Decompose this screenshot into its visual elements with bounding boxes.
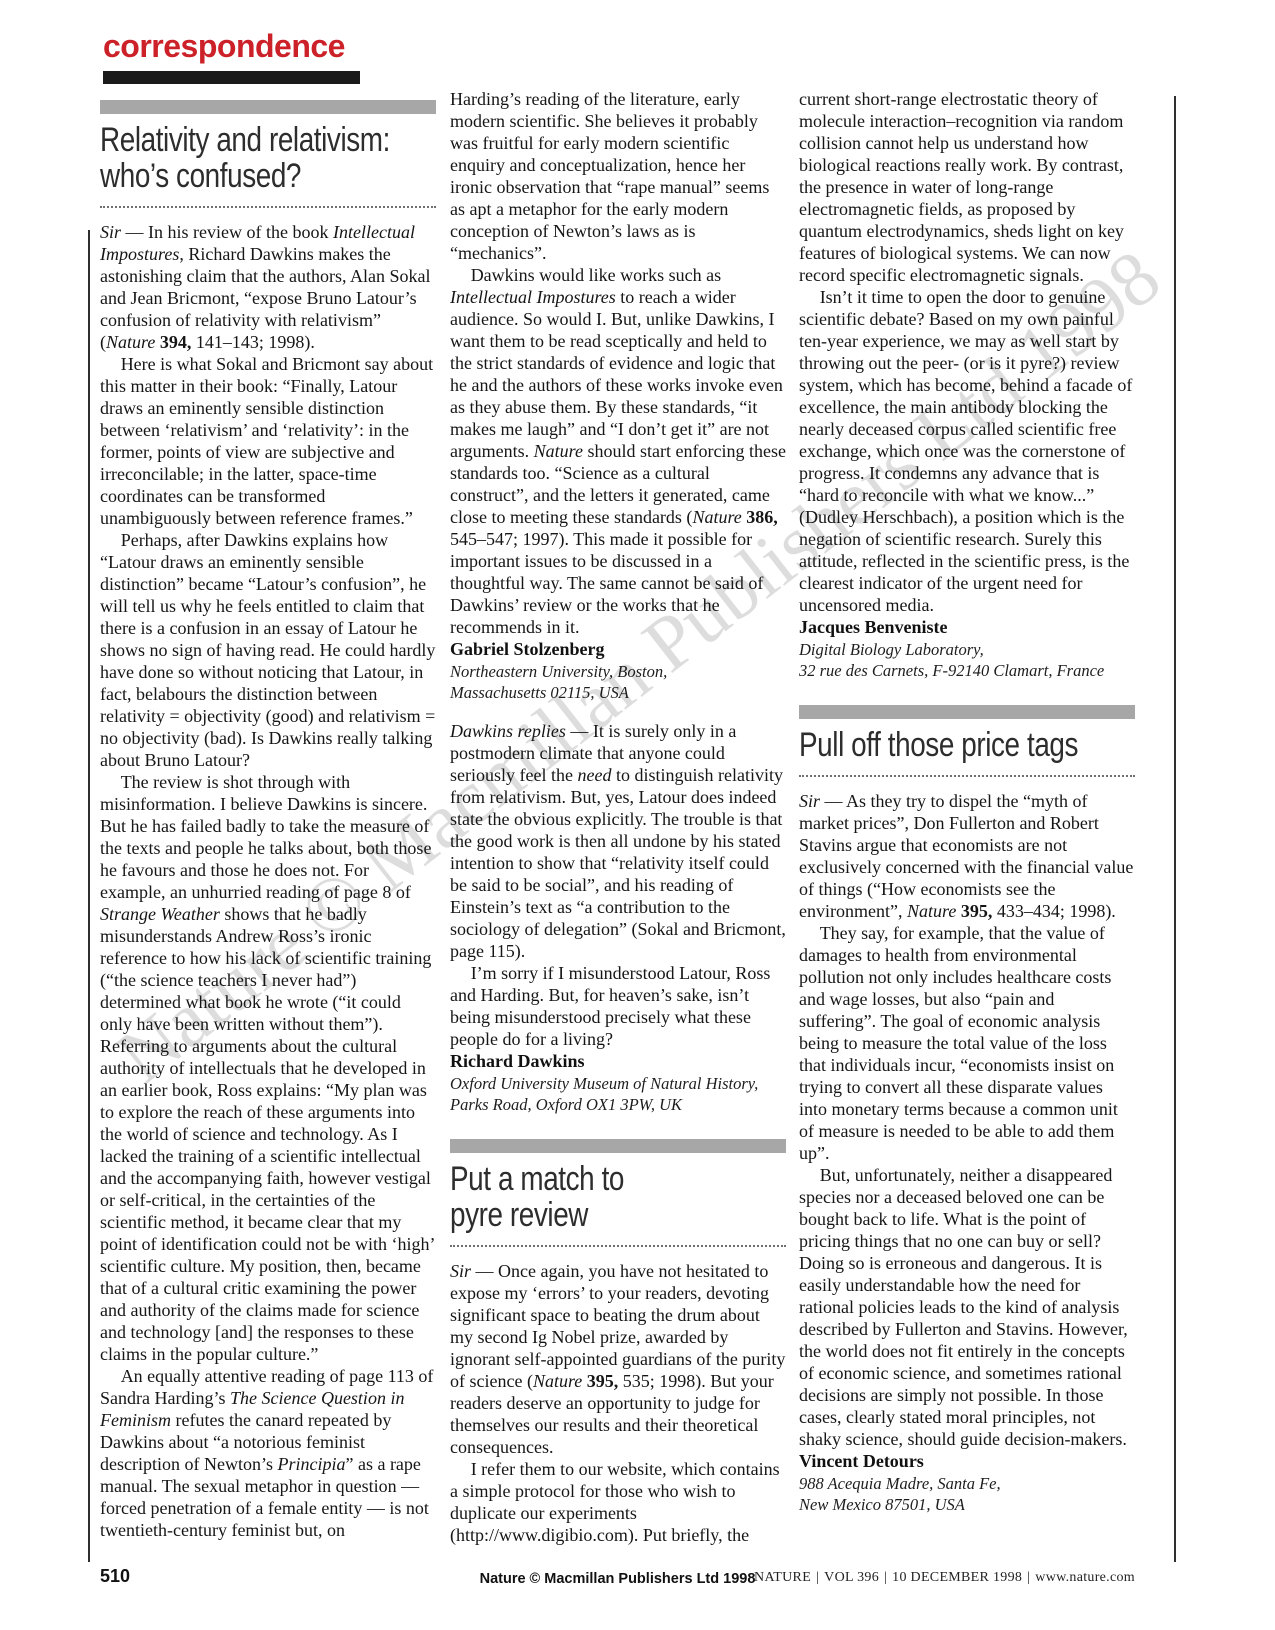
paragraph: Dawkins replies — It is surely only in a… xyxy=(450,720,786,962)
paragraph: Harding’s reading of the literature, ear… xyxy=(450,88,786,264)
left-column-rule xyxy=(88,230,90,1562)
spacer xyxy=(450,703,786,720)
article-title-pyre: Put a match topyre review xyxy=(450,1161,786,1233)
paragraph: Here is what Sokal and Bricmont say abou… xyxy=(100,353,436,529)
signature-address: 988 Acequia Madre, Santa Fe,New Mexico 8… xyxy=(799,1473,1135,1515)
section-kicker: correspondence xyxy=(103,28,345,65)
dotted-rule xyxy=(799,775,1135,777)
paragraph: Sir — As they try to dispel the “myth of… xyxy=(799,790,1135,922)
paragraph: I refer them to our website, which conta… xyxy=(450,1458,786,1546)
paragraph: An equally attentive reading of page 113… xyxy=(100,1365,436,1541)
signature-name: Vincent Detours xyxy=(799,1450,1135,1473)
column-2: Harding’s reading of the literature, ear… xyxy=(450,88,786,1546)
signature-address: Digital Biology Laboratory,32 rue des Ca… xyxy=(799,639,1135,681)
section-divider-bar xyxy=(100,100,436,114)
paragraph: The review is shot through with misinfor… xyxy=(100,771,436,1365)
signature-address: Northeastern University, Boston,Massachu… xyxy=(450,661,786,703)
spacer xyxy=(450,1115,786,1139)
paragraph: Sir — In his review of the book Intellec… xyxy=(100,221,436,353)
dotted-rule xyxy=(100,206,436,208)
signature-address: Oxford University Museum of Natural Hist… xyxy=(450,1073,786,1115)
magazine-page: Nature © Macmillan Publishers Ltd 1998 c… xyxy=(0,0,1275,1630)
paragraph: I’m sorry if I misunderstood Latour, Ros… xyxy=(450,962,786,1050)
paragraph: Isn’t it time to open the door to genuin… xyxy=(799,286,1135,616)
kicker-underline-bar xyxy=(103,71,360,84)
article-title-relativity: Relativity and relativism:who’s confused… xyxy=(100,122,436,194)
section-divider-bar xyxy=(450,1139,786,1153)
paragraph: Dawkins would like works such as Intelle… xyxy=(450,264,786,638)
article-title-pricetags: Pull off those price tags xyxy=(799,727,1135,763)
spacer xyxy=(799,681,1135,705)
signature-name: Gabriel Stolzenberg xyxy=(450,638,786,661)
paragraph: Perhaps, after Dawkins explains how “Lat… xyxy=(100,529,436,771)
paragraph: current short-range electrostatic theory… xyxy=(799,88,1135,286)
paragraph: Sir — Once again, you have not hesitated… xyxy=(450,1260,786,1458)
footer-citation: NATURE|VOL 396|10 DECEMBER 1998|www.natu… xyxy=(754,1570,1135,1586)
signature-name: Jacques Benveniste xyxy=(799,616,1135,639)
right-column-rule xyxy=(1174,96,1176,1562)
section-divider-bar xyxy=(799,705,1135,719)
signature-name: Richard Dawkins xyxy=(450,1050,786,1073)
dotted-rule xyxy=(450,1245,786,1247)
paragraph: They say, for example, that the value of… xyxy=(799,922,1135,1164)
paragraph: But, unfortunately, neither a disappeare… xyxy=(799,1164,1135,1450)
column-3: current short-range electrostatic theory… xyxy=(799,88,1135,1515)
column-1: Relativity and relativism:who’s confused… xyxy=(100,100,436,1541)
